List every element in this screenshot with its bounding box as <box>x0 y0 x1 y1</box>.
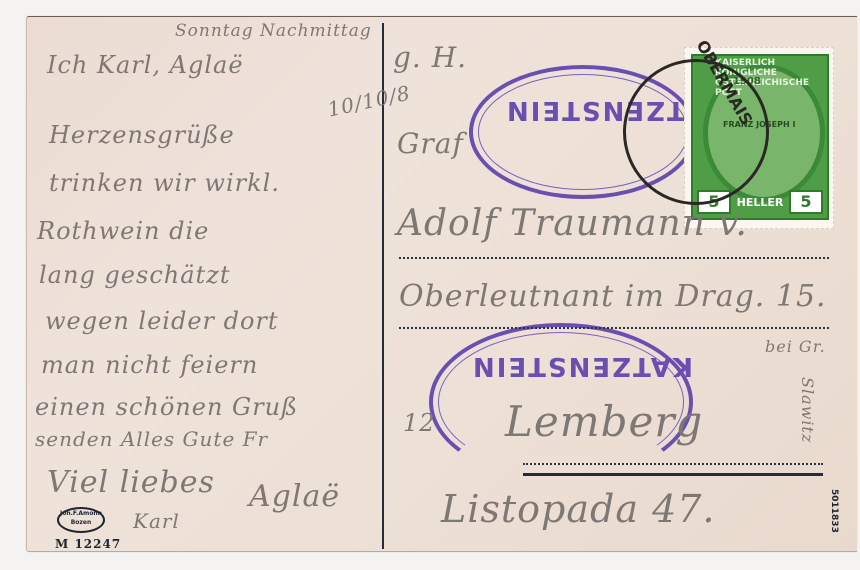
address-line: g. H. <box>393 41 467 74</box>
message-line: Sonntag Nachmittag <box>175 21 372 41</box>
address-dotted-line <box>399 257 829 259</box>
postmark <box>623 59 769 205</box>
message-line: man nicht feiern <box>41 351 258 379</box>
message-date: 10/10/8 <box>325 81 412 122</box>
message-line: einen schönen Gruß <box>35 393 298 421</box>
margin-note: bei Gr. <box>765 337 826 356</box>
message-line: Herzensgrüße <box>49 121 235 149</box>
message-line: Ich Karl, Aglaë <box>47 51 244 79</box>
stamp-value-right: 5 <box>789 190 823 214</box>
signature-karl: Karl <box>133 509 180 533</box>
publisher-logo: Joh.F.Amonn Bozen <box>57 507 105 533</box>
message-line: wegen leider dort <box>45 307 279 335</box>
publisher-city: Bozen <box>59 518 103 527</box>
message-line: trinken wir wirkl. <box>49 169 280 197</box>
catalog-number: M 12247 <box>55 537 121 551</box>
address-line: Oberleutnant im Drag. 15. <box>399 279 827 314</box>
address-line: 12 <box>403 409 436 437</box>
postcard: Sonntag Nachmittag Ich Karl, Aglaë 10/10… <box>26 16 857 552</box>
closing-line: Viel liebes <box>47 465 215 500</box>
right-margin-note: Slawitz <box>798 377 817 443</box>
message-line: lang geschätzt <box>39 261 230 289</box>
message-line: Rothwein die <box>37 217 209 245</box>
address-line: Graf <box>397 127 464 160</box>
address-solid-line <box>523 473 823 476</box>
signature-aglae: Aglaë <box>249 479 340 514</box>
serial-number: 5011833 <box>829 489 839 533</box>
cachet-lower-text: KATZENSTEIN <box>471 351 693 381</box>
address-line: Listopada 47. <box>441 487 716 531</box>
publisher-name: Joh.F.Amonn <box>59 509 103 518</box>
address-dotted-line <box>399 327 829 329</box>
address-dotted-line <box>523 463 823 465</box>
address-line: Adolf Traumann v. <box>397 203 748 244</box>
address-line-city: Lemberg <box>505 397 703 446</box>
message-line: senden Alles Gute Fr <box>35 427 268 451</box>
